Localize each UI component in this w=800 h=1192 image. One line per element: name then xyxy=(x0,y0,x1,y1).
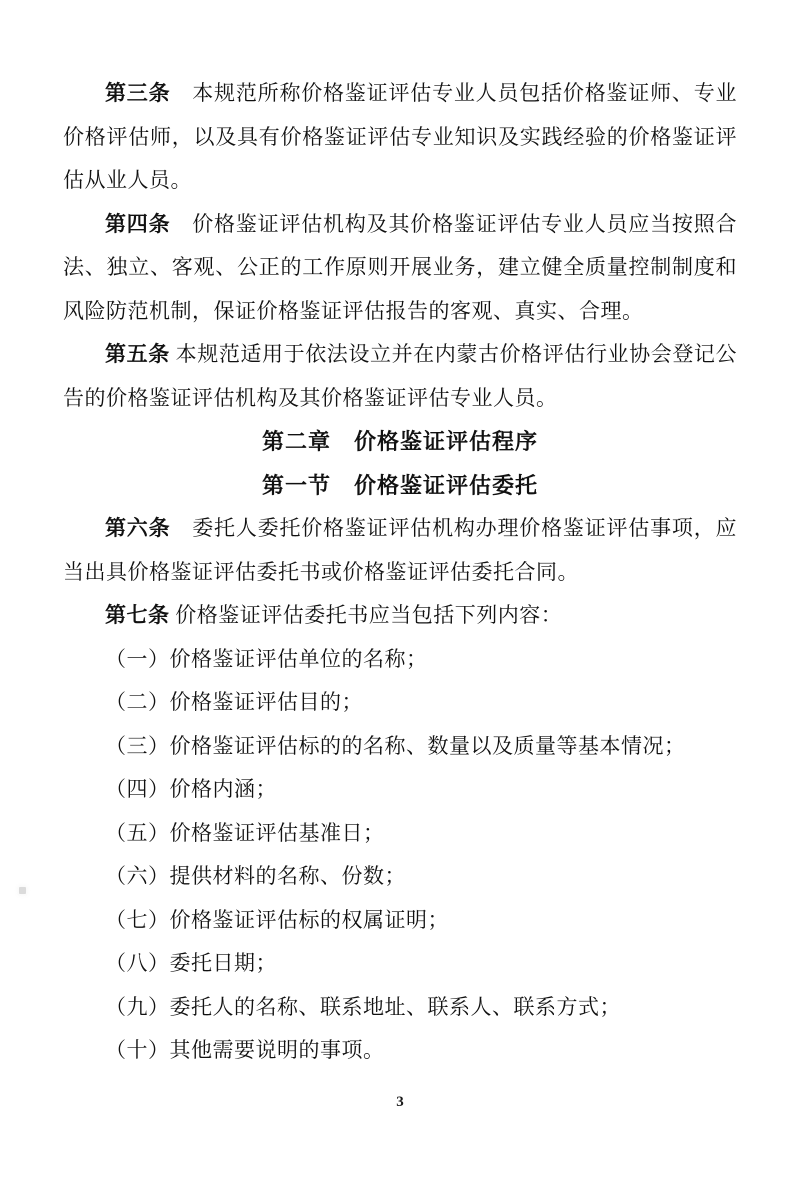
list-item-8: （八）委托日期； xyxy=(63,942,737,986)
article-6-label: 第六条 xyxy=(105,516,170,540)
scan-artifact-dot xyxy=(19,887,26,894)
article-7-text: 价格鉴证评估委托书应当包括下列内容： xyxy=(170,603,563,627)
list-item-4: （四）价格内涵； xyxy=(63,768,737,812)
list-item-2: （二）价格鉴证评估目的； xyxy=(63,681,737,725)
list-item-6: （六）提供材料的名称、份数； xyxy=(63,855,737,899)
page-number: 3 xyxy=(0,1094,800,1111)
list-item-3: （三）价格鉴证评估标的的名称、数量以及质量等基本情况； xyxy=(63,725,737,769)
article-5-label: 第五条 xyxy=(105,342,170,366)
chapter-2-heading: 第二章 价格鉴证评估程序 xyxy=(63,420,737,464)
article-5-paragraph: 第五条 本规范适用于依法设立并在内蒙古价格评估行业协会登记公告的价格鉴证评估机构… xyxy=(63,333,737,420)
article-4-label: 第四条 xyxy=(105,212,170,236)
article-6-paragraph: 第六条 委托人委托价格鉴证评估机构办理价格鉴证评估事项，应当出具价格鉴证评估委托… xyxy=(63,507,737,594)
document-body: 第三条 本规范所称价格鉴证评估专业人员包括价格鉴证师、专业价格评估师，以及具有价… xyxy=(63,72,737,1073)
article-4-paragraph: 第四条 价格鉴证评估机构及其价格鉴证评估专业人员应当按照合法、独立、客观、公正的… xyxy=(63,203,737,334)
list-item-10: （十）其他需要说明的事项。 xyxy=(63,1029,737,1073)
article-3-paragraph: 第三条 本规范所称价格鉴证评估专业人员包括价格鉴证师、专业价格评估师，以及具有价… xyxy=(63,72,737,203)
list-item-5: （五）价格鉴证评估基准日； xyxy=(63,812,737,856)
list-item-9: （九）委托人的名称、联系地址、联系人、联系方式； xyxy=(63,986,737,1030)
section-1-heading: 第一节 价格鉴证评估委托 xyxy=(63,464,737,508)
article-3-label: 第三条 xyxy=(105,81,170,105)
document-page: 第三条 本规范所称价格鉴证评估专业人员包括价格鉴证师、专业价格评估师，以及具有价… xyxy=(0,0,800,1192)
article-7-paragraph: 第七条 价格鉴证评估委托书应当包括下列内容： xyxy=(63,594,737,638)
list-item-7: （七）价格鉴证评估标的权属证明； xyxy=(63,899,737,943)
list-item-1: （一）价格鉴证评估单位的名称； xyxy=(63,638,737,682)
article-7-label: 第七条 xyxy=(105,603,170,627)
